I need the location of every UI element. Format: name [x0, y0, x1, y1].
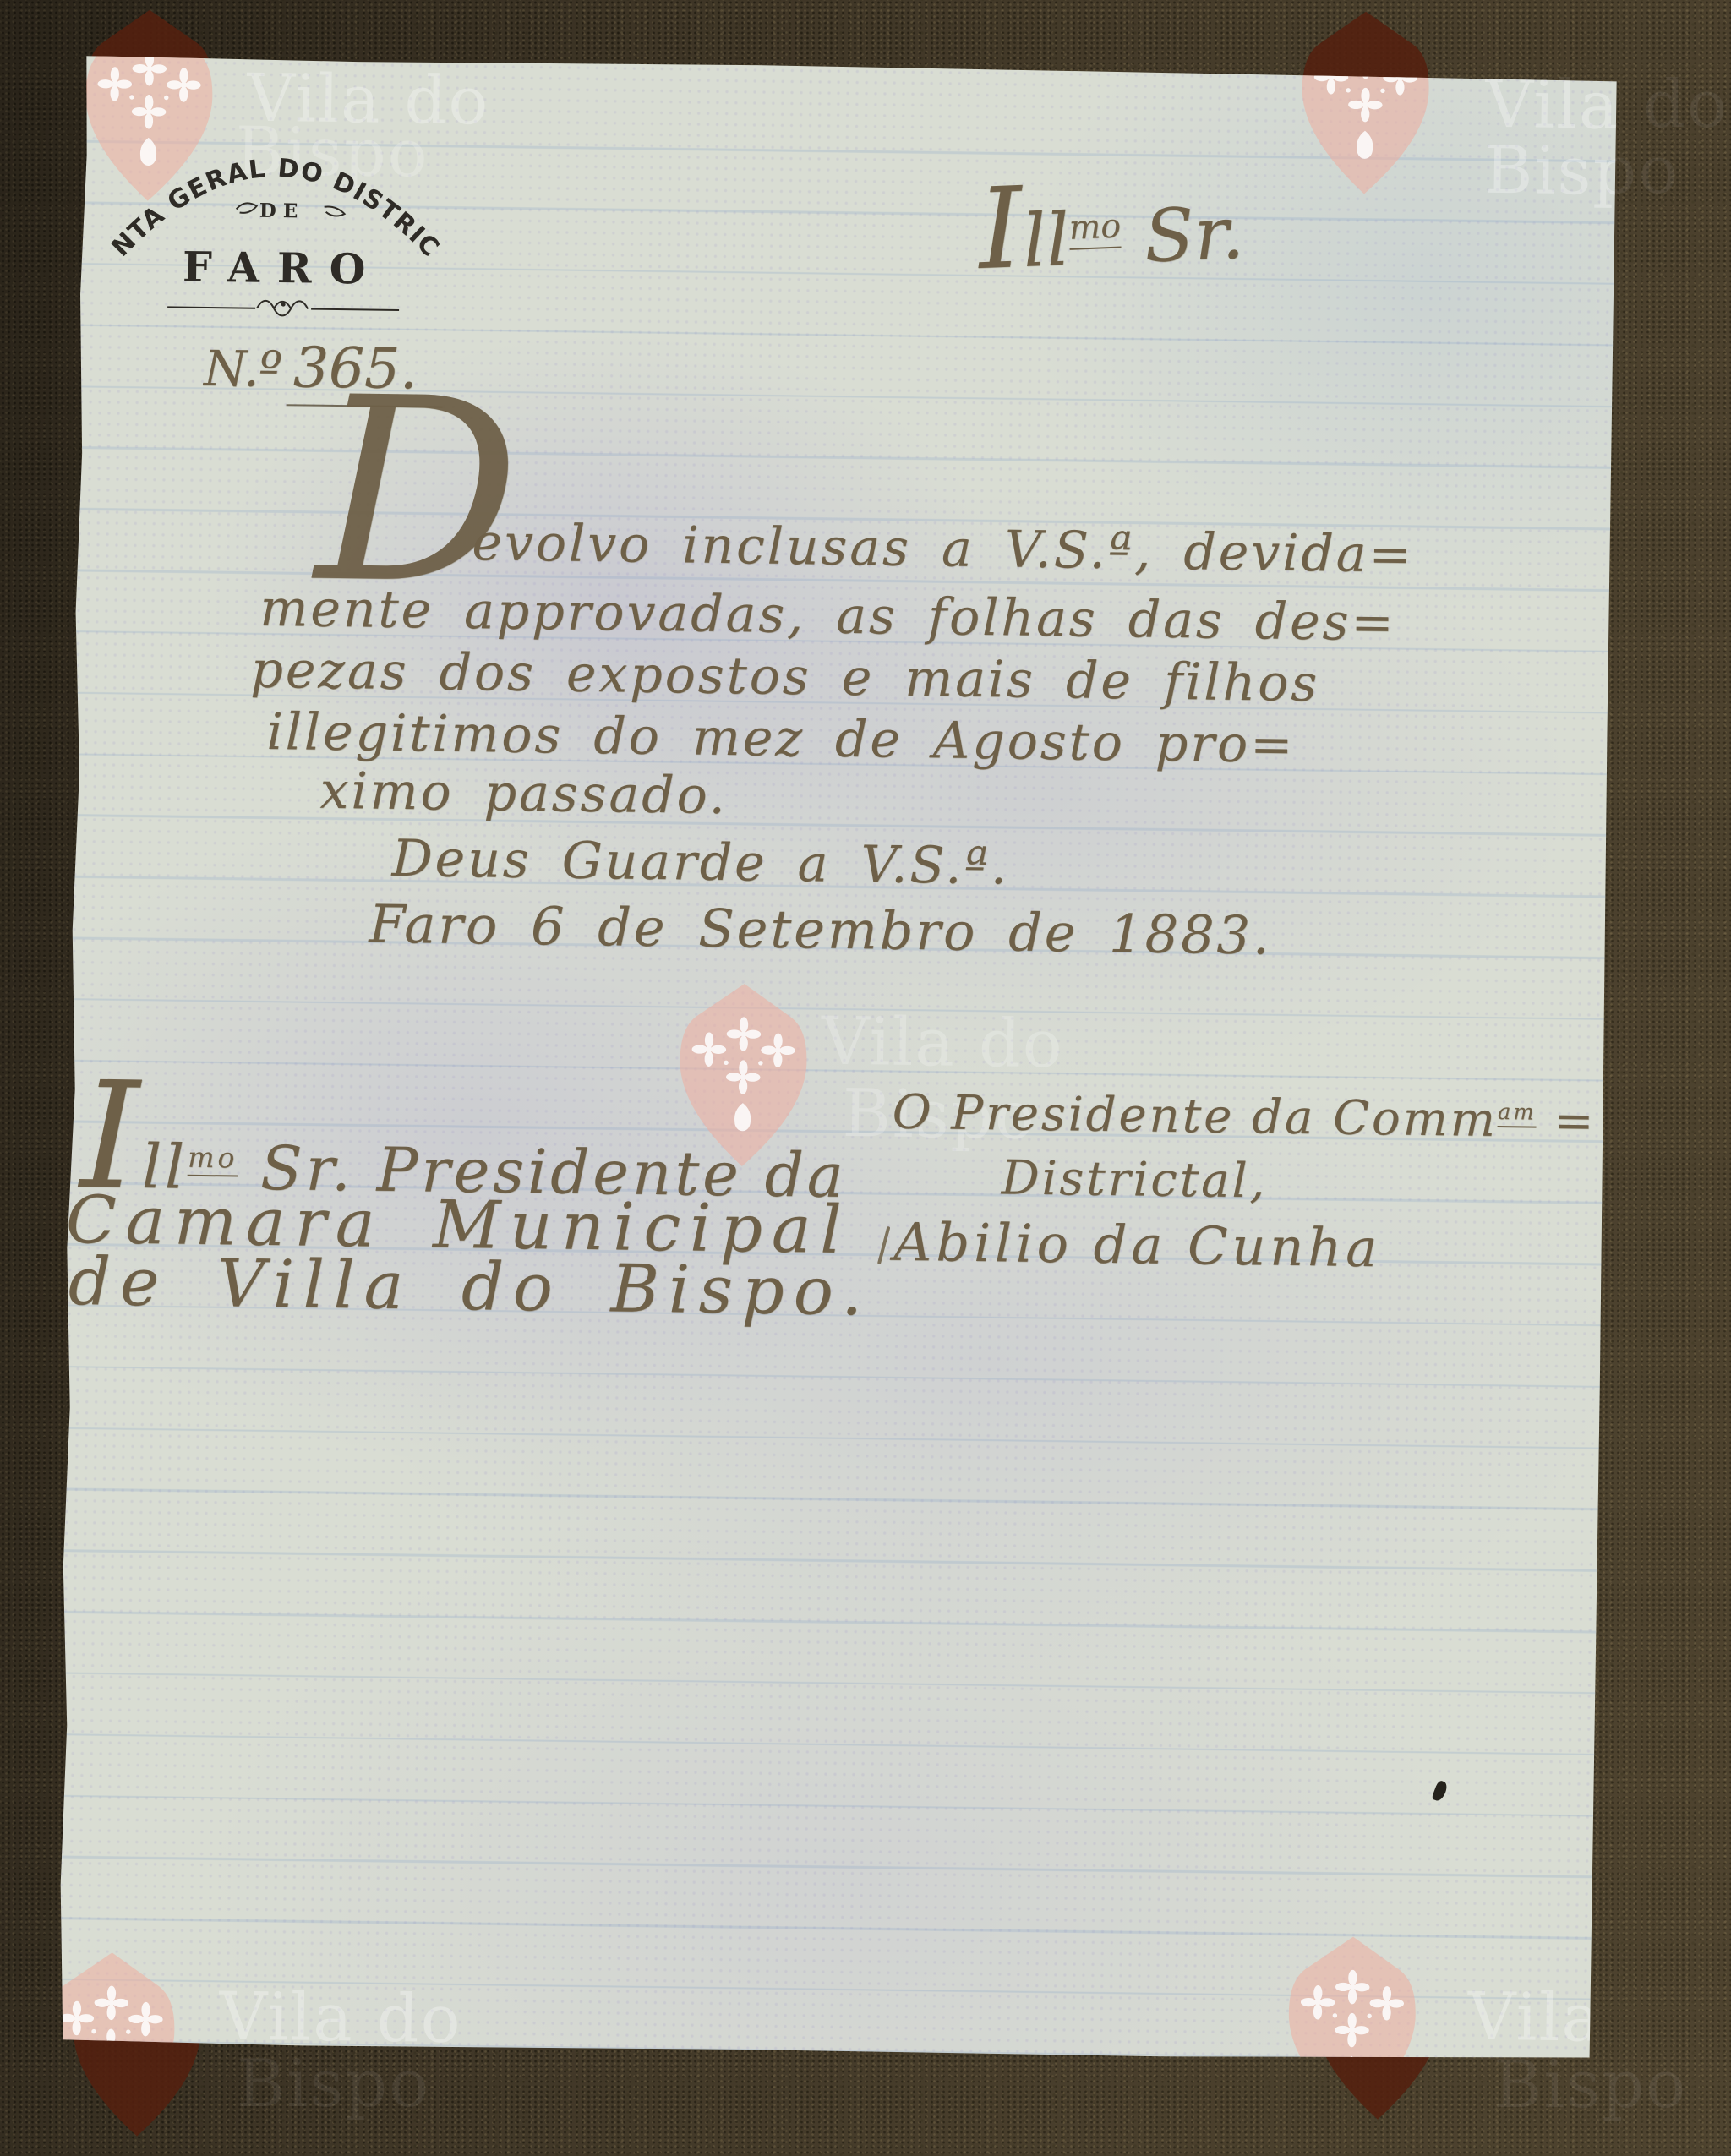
svg-text:Bispo: Bispo — [237, 2046, 430, 2122]
letterhead-de: DE — [259, 199, 305, 223]
ink-speck — [1431, 1780, 1449, 1803]
svg-text:Bispo: Bispo — [1484, 133, 1618, 211]
body-line-5: ximo passado. — [319, 766, 728, 821]
signature-title-line-2: Districtal, — [1001, 1154, 1267, 1205]
body-line-4: illegitimos do mez de Agosto pro= — [266, 707, 1296, 771]
scanned-letter-scene: Vila do Bispo Bispo Bispo Vila do Bispo … — [0, 0, 1731, 2156]
letterhead-ornament-icon — [167, 299, 399, 317]
letterhead: JUNTA GERAL DO DISTRICTO DE FARO — [101, 106, 501, 340]
signature-pen-stroke — [877, 1226, 891, 1265]
letterhead-right-scroll-icon — [325, 206, 345, 216]
body-line-3: pezas dos expostos e mais de filhos — [250, 645, 1319, 710]
addressee-line-3: de Villa do Bispo. — [68, 1249, 871, 1325]
letter-paper: Vila do Bispo Vila do Bispo Vila do Bisp… — [55, 56, 1618, 2064]
salutation: Illmo Sr. — [976, 164, 1246, 286]
body-line-2: mente approvadas, as folhas das des= — [259, 583, 1396, 649]
body-line-1: evolvo inclusas a V.S.ª, devida= — [472, 517, 1414, 581]
reference-label: N.º — [204, 340, 283, 398]
body-dateline: Faro 6 de Setembro de 1883. — [369, 898, 1272, 963]
letterhead-left-scroll-icon — [237, 203, 257, 213]
svg-text:Vila do: Vila do — [820, 1004, 1064, 1083]
svg-text:Bispo: Bispo — [1493, 2047, 1687, 2123]
body-valediction: Deus Guarde a V.S.ª. — [391, 833, 1009, 892]
watermark-shield-icon — [1287, 1936, 1417, 2064]
signature-title-line-1: O Presidente da Commam = — [892, 1089, 1596, 1146]
letterhead-city: FARO — [183, 243, 384, 294]
signature-name: Abilio da Cunha — [893, 1216, 1381, 1275]
